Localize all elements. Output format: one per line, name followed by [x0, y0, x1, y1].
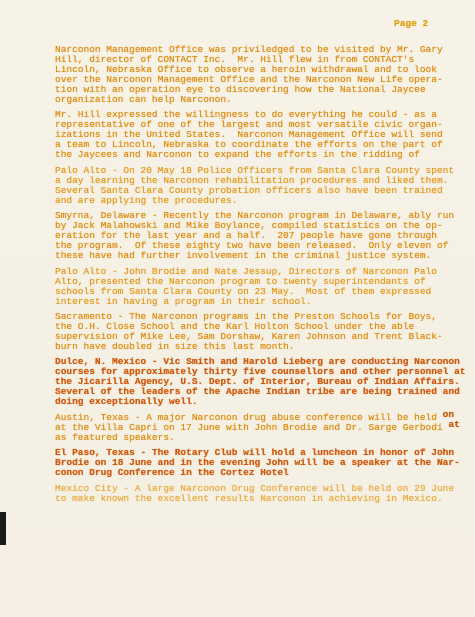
paragraph-dulce-new-mexico: Dulce, N. Mexico - Vic Smith and Harold …	[55, 357, 471, 407]
paragraph-el-paso-texas: El Paso, Texas - The Rotary Club will ho…	[55, 448, 471, 478]
austin-text-3: as featured speakers.	[55, 432, 175, 443]
austin-raised-word-at: at	[448, 419, 459, 430]
page-number: Page 2	[394, 18, 428, 29]
paragraph-palo-alto-police: Palo Alto - On 20 May 18 Police Officers…	[55, 166, 471, 206]
scan-edge-artifact	[0, 512, 6, 545]
paragraph-smyrna-delaware: Smyrna, Delaware - Recently the Narconon…	[55, 211, 471, 261]
paragraph-mexico-city: Mexico City - A large Narconon Drug Conf…	[55, 484, 471, 504]
document-page: Page 2 Narconon Management Office was pr…	[0, 0, 475, 617]
document-body: Narconon Management Office was priviledg…	[55, 45, 471, 509]
paragraph-sacramento-schools: Sacramento - The Narconon programs in th…	[55, 312, 471, 352]
paragraph-mr-hill-willingness: Mr. Hill expressed the willingness to do…	[55, 110, 471, 160]
paragraph-austin-texas: Austin, Texas - A major Narconon drug ab…	[55, 413, 471, 443]
paragraph-palo-alto-brodie-jessup: Palo Alto - John Brodie and Nate Jessup,…	[55, 267, 471, 307]
paragraph-narconon-management-office: Narconon Management Office was priviledg…	[55, 45, 471, 105]
